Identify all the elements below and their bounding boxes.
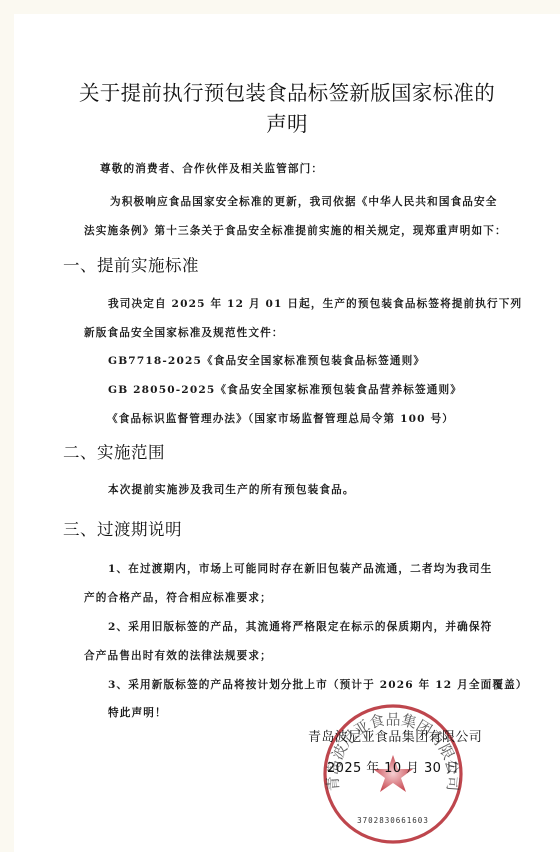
intro-line-1: 为积极响应食品国家安全标准的更新，我司依据《中华人民共和国食品安全 [110, 194, 498, 209]
section-3-line-3: 2、采用旧版标签的产品，其流通将严格限定在标示的保质期内，并确保符 [108, 619, 492, 634]
document-title-line2: 声明 [14, 107, 560, 137]
seal-number: 3702830661603 [357, 816, 429, 825]
section-1-heading: 一、提前实施标准 [63, 252, 199, 276]
closing-statement: 特此声明！ [108, 705, 167, 720]
section-3-line-2: 产的合格产品，符合相应标准要求； [84, 590, 272, 605]
intro-line-2: 法实施条例》第十三条关于食品安全标准提前实施的相关规定，现郑重声明如下： [84, 223, 507, 238]
section-2-heading: 二、实施范围 [63, 439, 165, 463]
document-title-line1: 关于提前执行预包装食品标签新版国家标准的 [14, 76, 560, 106]
standard-item-2: GB 28050-2025《食品安全国家标准预包装食品营养标签通则》 [108, 382, 462, 397]
standard-item-1: GB7718-2025《食品安全国家标准预包装食品标签通则》 [108, 353, 425, 368]
section-3-line-5: 3、采用新版标签的产品将按计划分批上市（预计于 2026 年 12 月全面覆盖） [108, 677, 528, 692]
section-3-heading: 三、过渡期说明 [63, 516, 182, 540]
signature-company: 青岛波尼亚食品集团有限公司 [308, 726, 482, 745]
standard-item-3: 《食品标识监督管理办法》（国家市场监督管理总局令第 100 号） [107, 411, 454, 426]
section-3-line-4: 合产品售出时有效的法律法规要求； [84, 648, 272, 663]
section-1-line-1: 我司决定自 2025 年 12 月 01 日起，生产的预包装食品标签将提前执行下… [108, 296, 522, 311]
section-1-line-2: 新版食品安全国家标准及规范性文件： [84, 325, 284, 340]
document-page: 关于提前执行预包装食品标签新版国家标准的 声明 尊敬的消费者、合作伙伴及相关监管… [14, 14, 560, 852]
section-3-line-1: 1、在过渡期内，市场上可能同时存在新旧包装产品流通，二者均为我司生 [108, 561, 492, 576]
salutation: 尊敬的消费者、合作伙伴及相关监管部门： [100, 161, 323, 176]
signature-date: 2025 年 10 月 30 日 [327, 757, 459, 776]
section-2-line-1: 本次提前实施涉及我司生产的所有预包装食品。 [108, 482, 355, 497]
